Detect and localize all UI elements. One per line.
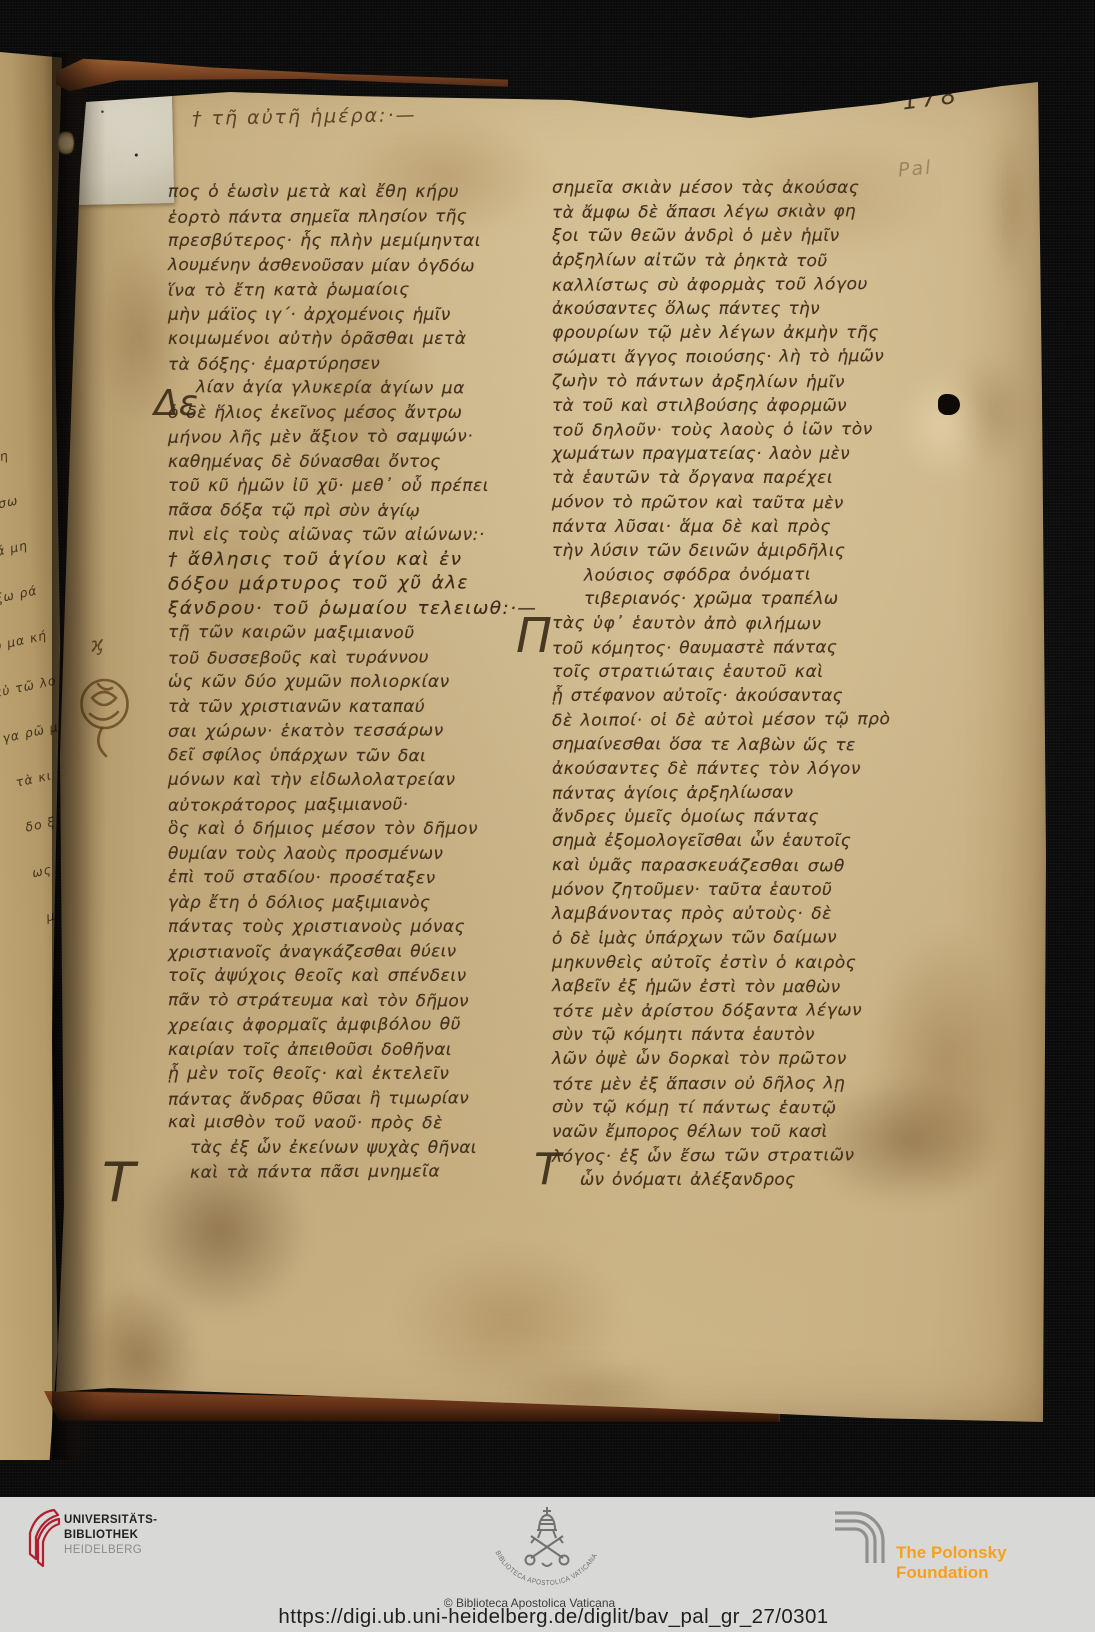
manuscript-text-line: πάντα λῦσαι· ἅμα δὲ καὶ πρὸς <box>552 515 924 538</box>
manuscript-text-line: σὺν τῷ κόμῃ τί πάντως ἑαυτῷ <box>552 1095 924 1120</box>
manuscript-text-line: μόνων καὶ τὴν εἰδωλολατρείαν <box>168 768 540 792</box>
manuscript-text-line: λῶν ὀψὲ ὧν δορκαὶ τὸν πρῶτον <box>552 1048 924 1071</box>
manuscript-text-line: τότε μὲν ἐξ ἅπασιν οὐ δῆλος λῃ <box>552 1071 924 1096</box>
manuscript-text-line: ᾗ μὲν τοῖς θεοῖς· καὶ ἐκτελεῖν <box>168 1062 540 1086</box>
manuscript-text-line: τιβεριανός· χρῶμα τραπέλω <box>552 588 924 611</box>
manuscript-text-line: πνὶ εἰς τοὺς αἰῶνας τῶν αἰώνων:· <box>168 523 540 547</box>
manuscript-text-line: ἄνδρες ὑμεῖς ὁμοίως πάντας <box>552 806 924 829</box>
manuscript-text-line: ἐπὶ τοῦ σταδίου· προσέταξεν <box>168 866 540 891</box>
running-header: † τῆ αὐτῆ ἡμέρα:·— <box>192 104 417 130</box>
folio-number: 178 <box>901 81 962 116</box>
manuscript-text-line: λούσιος σφόδρα ὀνόματι <box>552 563 924 588</box>
large-initial: Π <box>516 612 552 660</box>
manuscript-text-line: μηκυνθεὶς αὐτοῖς ἐστὶν ὁ καιρὸς <box>552 951 924 974</box>
text-column-right: σημεῖα σκιὰν μέσον τὰς ἀκούσαςτὰ ἄμφω δὲ… <box>552 176 924 1193</box>
ub-line3: HEIDELBERG <box>64 1543 157 1558</box>
manuscript-text-line: τῇ τῶν καιρῶν μαξιμιανοῦ <box>168 621 540 646</box>
manuscript-text-line: λίαν ἁγία γλυκερία ἁγίων μα <box>168 376 540 401</box>
manuscript-text-line: σημεῖα σκιὰν μέσον τὰς ἀκούσας <box>552 176 924 199</box>
source-url: https://digi.ub.uni-heidelberg.de/diglit… <box>6 1605 1095 1629</box>
repair-patch <box>75 87 174 205</box>
manuscript-text-line: χωμάτων πραγματείας· λαὸν μὲν <box>552 443 924 466</box>
manuscript-text-line: ὧν ὀνόματι ἀλέξανδρος <box>552 1169 924 1192</box>
manuscript-text-line: τοῦ κῦ ἡμῶν ἰῦ χῦ· μεθ᾽ οὗ πρέπει <box>168 474 540 498</box>
manuscript-text-line: πρεσβύτερος· ἧς πλὴν μεμίμηνται <box>168 229 540 253</box>
manuscript-text-line: δόξου μάρτυρος τοῦ χῦ ἀλε <box>168 571 540 597</box>
ub-heidelberg-logo-icon <box>24 1507 62 1571</box>
manuscript-text-line: σημὰ ἐξομολογεῖσθαι ὧν ἑαυτοῖς <box>552 830 924 853</box>
manuscript-text-line: πάντας τοὺς χριστιανοὺς μόνας <box>168 915 540 939</box>
manuscript-text-line: ἀκούσαντες δὲ πάντες τὸν λόγον <box>552 757 924 780</box>
manuscript-text-line: σώματι ἄγγος ποιούσης· λὴ τὸ ἡμῶν <box>552 345 924 370</box>
manuscript-text-line: δεῖ σφίλος ὑπάρχων τῶν δαι <box>168 743 540 768</box>
manuscript-text-line: μὴν μάϊος ιγ΄· ἀρχομένοις ἡμῖν <box>168 303 540 327</box>
manuscript-text-line: † ἄθλησις τοῦ ἁγίου καὶ ἐν <box>168 548 540 572</box>
manuscript-text-line: κοιμωμένοι αὐτὴν ὁρᾶσθαι μετὰ <box>168 327 540 351</box>
manuscript-text-line: τοῖς ἀψύχοις θεοῖς καὶ σπένδειν <box>168 964 540 988</box>
manuscript-text-line: τὰ δόξης· ἐμαρτύρησεν <box>168 351 540 377</box>
manuscript-text-line: λόγος· ἐξ ὧν ἔσω τῶν στρατιῶν <box>552 1144 924 1169</box>
manuscript-text-line: καὶ ὑμᾶς παρασκευάζεσθαι σωθ <box>552 853 924 878</box>
text-column-left: πος ὁ ἑωσὶν μετὰ καὶ ἔθη κήρυἑορτὸ πάντα… <box>168 180 540 1185</box>
manuscript-text-line: ναῶν ἔμπορος θέλων τοῦ κασὶ <box>552 1120 924 1143</box>
manuscript-text-line: αὐτοκράτορος μαξιμιανοῦ· <box>168 792 540 818</box>
stain <box>55 1251 225 1461</box>
manuscript-text-line: σαι χώρων· ἑκατὸν τεσσάρων <box>168 718 540 744</box>
manuscript-text-line: μόνον ζητοῦμεν· ταῦτα ἑαυτοῦ <box>552 878 924 901</box>
manuscript-text-line: καλλίστως σὺ ἀφορμὰς τοῦ λόγου <box>552 272 924 297</box>
manuscript-text-line: ἵνα τὸ ἔτη κατὰ ῥωμαίοις <box>168 277 540 303</box>
manuscript-text-line: μήνου λῆς μὲν ἄξιον τὸ σαμψών· <box>168 424 540 450</box>
manuscript-page: † τῆ αὐτῆ ἡμέρα:·— 178 Pal πος ὁ ἑωσὶν μ… <box>50 56 1050 1434</box>
manuscript-text-line: καὶ τὰ πάντα πᾶσι μνημεῖα <box>168 1159 540 1185</box>
manuscript-text-line: τὰ ἑαυτῶν τὰ ὄργανα παρέχει <box>552 467 924 490</box>
manuscript-text-line: χρείαις ἀφορμαῖς ἀμφιβόλου θῦ <box>168 1012 540 1038</box>
margin-ornament-icon <box>68 654 140 766</box>
manuscript-text-line: τοῦ δυσσεβοῦς καὶ τυράννου <box>168 645 540 671</box>
manuscript-text-line: τὰ ἄμφω δὲ ἅπασι λέγω σκιὰν φη <box>552 200 924 225</box>
manuscript-text-line: φρουρίων τῷ μὲν λέγων ἀκμὴν τῆς <box>552 322 924 345</box>
manuscript-text-line: ξάνδρου· τοῦ ῥωμαίου τελειωθ:·— <box>168 597 540 621</box>
manuscript-text-line: λαμβάνοντας πρὸς αὐτοὺς· δὲ <box>552 902 924 925</box>
polonsky-foundation-label: The Polonsky Foundation <box>896 1543 1095 1583</box>
manuscript-text-line: πᾶσα δόξα τῷ πρὶ σὺν ἁγίῳ <box>168 498 540 523</box>
manuscript-text-line: λαβεῖν ἐξ ἡμῶν ἐστὶ τὸν μαθὼν <box>552 974 924 999</box>
manuscript-text-line: σὺν τῷ κόμητι πάντα ἑαυτὸν <box>552 1023 924 1046</box>
stain <box>350 1211 670 1431</box>
manuscript-text-line: τὰς ἐξ ὧν ἐκείνων ψυχὰς θῆναι <box>168 1136 540 1160</box>
manuscript-text-line: δὲ λοιποί· οἱ δὲ αὐτοὶ μέσον τῷ πρὸ <box>552 708 924 733</box>
manuscript-text-line: ζωὴν τὸ πάντων ἀρξηλίων ἡμῖν <box>552 369 924 394</box>
large-initial: Τ <box>102 1156 135 1210</box>
manuscript-text-line: ξοι τῶν θεῶν ἀνδρὶ ὁ μὲν ἡμῖν <box>552 225 924 248</box>
manuscript-text-line: τὴν λύσιν τῶν δεινῶν ἁμιρδῆλις <box>552 539 924 562</box>
svg-text:BIBLIOTECA APOSTOLICA VATICANA: BIBLIOTECA APOSTOLICA VATICANA <box>493 1549 599 1587</box>
manuscript-text-line: ἑορτὸ πάντα σημεῖα πλησίον τῆς <box>168 204 540 230</box>
binding-sewing <box>58 130 74 156</box>
binding-leather-top <box>56 58 508 94</box>
manuscript-text-line: ὃς καὶ ὁ δήμιος μέσον τὸν δῆμον <box>168 817 540 841</box>
manuscript-text-line: λουμένην ἀσθενοῦσαν μίαν ὀγδόω <box>168 253 540 278</box>
manuscript-text-line: τοῦ δηλοῦν· τοὺς λαοὺς ὁ ἰῶν τὸν <box>552 417 924 442</box>
manuscript-text-line: τὰ τῶν χριστιανῶν καταπαύ <box>168 695 540 719</box>
manuscript-text-line: καὶ μισθὸν τοῦ ναοῦ· πρὸς δὲ <box>168 1111 540 1136</box>
manuscript-text-line: τότε μὲν ἀρίστου δόξαντα λέγων <box>552 998 924 1023</box>
stain <box>470 1346 710 1436</box>
manuscript-text-line: σημαίνεσθαι ὅσα τε λαβὼν ὥς τε <box>552 732 924 757</box>
photo-backdrop: ων ἔθη κρἀψρ βεζωλὼς τὴ ἅμσὺ μὲν ὁθε ρα … <box>0 0 1095 1497</box>
manuscript-text-line: τὰ τοῦ καὶ στιλβούσης ἀφορμῶν <box>552 394 924 417</box>
manuscript-text-line: πᾶν τὸ στράτευμα καὶ τὸν δῆμον <box>168 988 540 1013</box>
manuscript-text-line: ᾗ στέφανον αὐτοῖς· ἀκούσαντας <box>552 685 924 708</box>
manuscript-text-line: τὰς ὑφ᾽ ἑαυτὸν ἀπὸ φιλήμων <box>552 611 924 636</box>
manuscript-text-line: καθημένας δὲ δύνασθαι ὄντος <box>168 450 540 474</box>
manuscript-text-line: ἀκούσαντες ὅλως πάντες τὴν <box>552 297 924 320</box>
manuscript-text-line: πος ὁ ἑωσὶν μετὰ καὶ ἔθη κήρυ <box>168 180 540 204</box>
ub-heidelberg-wordmark: UNIVERSITÄTS- BIBLIOTHEK HEIDELBERG <box>64 1513 157 1558</box>
manuscript-text-line: πάντας ἁγίοις ἀρξηλίωσαν <box>552 780 924 805</box>
ub-line1: UNIVERSITÄTS- <box>64 1513 157 1528</box>
seal-arc-text: BIBLIOTECA APOSTOLICA VATICANA <box>493 1549 599 1587</box>
stain <box>980 96 1040 316</box>
branding-bar: UNIVERSITÄTS- BIBLIOTHEK HEIDELBERG BIBL… <box>0 1497 1095 1632</box>
manuscript-text-line: ὁ δὲ ἥλιος ἐκεῖνος μέσος ἄντρω <box>168 401 540 425</box>
manuscript-text-line: μόνον τὸ πρῶτον καὶ ταῦτα μὲν <box>552 490 924 515</box>
large-initial: Τ <box>534 1148 561 1192</box>
manuscript-text-line: γὰρ ἔτη ὁ δόλιος μαξιμιανὸς <box>168 891 540 915</box>
facing-page-edge: ων ἔθη κρἀψρ βεζωλὼς τὴ ἅμσὺ μὲν ὁθε ρα … <box>0 52 62 1460</box>
manuscript-text-line: τοῦ κόμητος· θαυμαστὲ πάντας <box>552 635 924 660</box>
manuscript-text-line: καιρίαν τοῖς ἀπειθοῦσι δοθῆναι <box>168 1038 540 1062</box>
manuscript-text-line: τοῖς στρατιώταις ἑαυτοῦ καὶ <box>552 660 924 683</box>
manuscript-text-line: ἀρξηλίων αἰτῶν τὰ ῥηκτὰ τοῦ <box>552 248 924 273</box>
ub-line2: BIBLIOTHEK <box>64 1528 157 1543</box>
polonsky-arcs-icon <box>833 1509 895 1563</box>
digitized-scan-page: ων ἔθη κρἀψρ βεζωλὼς τὴ ἅμσὺ μὲν ὁθε ρα … <box>0 0 1095 1632</box>
parchment-hole <box>938 394 960 415</box>
vatican-library-seal-icon: BIBLIOTECA APOSTOLICA VATICANA <box>486 1502 608 1597</box>
manuscript-text-line: θυμίαν τοὺς λαοὺς προσμένων <box>168 842 540 866</box>
manuscript-text-line: ὁ δὲ ἱμὰς ὑπάρχων τῶν δαίμων <box>552 926 924 951</box>
manuscript-text-line: πάντας ἄνδρας θῦσαι ἢ τιμωρίαν <box>168 1086 540 1112</box>
manuscript-text-line: χριστιανοῖς ἀναγκάζεσθαι θύειν <box>168 939 540 965</box>
large-initial: Δε <box>154 386 198 422</box>
manuscript-text-line: ὡς κῶν δύο χυμῶν πολιορκίαν <box>168 670 540 694</box>
